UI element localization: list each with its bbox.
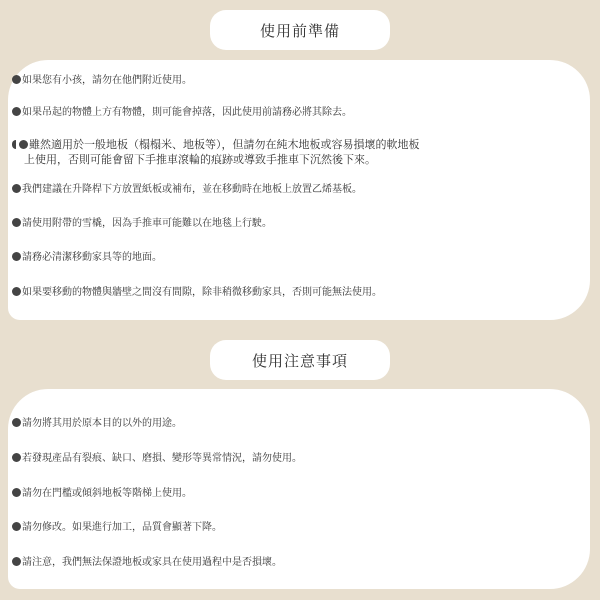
bullet-icon [12,557,21,566]
bullet-icon [12,287,21,296]
bullet-icon [12,75,21,84]
bullet-icon [12,522,21,531]
list-item: 我們建議在升降桿下方放置紙板或補布，並在移動時在地板上放置乙烯基板。 [12,183,362,197]
list-item: 如果吊起的物體上方有物體，則可能會掉落，因此使用前請務必將其除去。 [12,106,352,120]
bullet-icon [12,418,21,427]
section-title-preparation: 使用前準備 [210,10,390,50]
list-item: 請勿修改。如果進行加工，品質會顯著下降。 [12,521,222,535]
bullet-icon [12,107,21,116]
precautions-card: 請勿將其用於原本目的以外的用途。 若發現產品有裂痕、缺口、磨損、變形等異常情況，… [8,389,590,589]
bullet-icon [12,453,21,462]
section-title-precautions: 使用注意事項 [210,340,390,380]
section-title-text: 使用前準備 [260,20,340,41]
bracket-mark-icon [12,140,16,149]
bullet-icon [12,252,21,261]
list-item: 請務必清潔移動家具等的地面。 [12,251,162,265]
list-item: 請勿將其用於原本目的以外的用途。 [12,417,182,431]
bullet-icon [12,184,21,193]
preparation-card: 如果您有小孩，請勿在他們附近使用。 如果吊起的物體上方有物體，則可能會掉落，因此… [8,60,590,320]
list-item: 雖然適用於一般地板（榻榻米、地板等），但請勿在純木地板或容易損壞的軟地板 上使用… [12,137,482,167]
bullet-icon [12,218,21,227]
bullet-icon [19,140,28,149]
list-item: 若發現產品有裂痕、缺口、磨損、變形等異常情況，請勿使用。 [12,452,302,466]
list-item: 如果要移動的物體與牆壁之間沒有間隙，除非稍微移動家具，否則可能無法使用。 [12,286,382,300]
bullet-icon [12,488,21,497]
list-item: 如果您有小孩，請勿在他們附近使用。 [12,74,192,88]
list-item: 請注意，我們無法保證地板或家具在使用過程中是否損壞。 [12,556,282,570]
section-title-text: 使用注意事項 [252,350,348,371]
list-item: 請使用附帶的雪橇，因為手推車可能難以在地毯上行駛。 [12,217,272,231]
list-item: 請勿在門檻或傾斜地板等階梯上使用。 [12,487,192,501]
